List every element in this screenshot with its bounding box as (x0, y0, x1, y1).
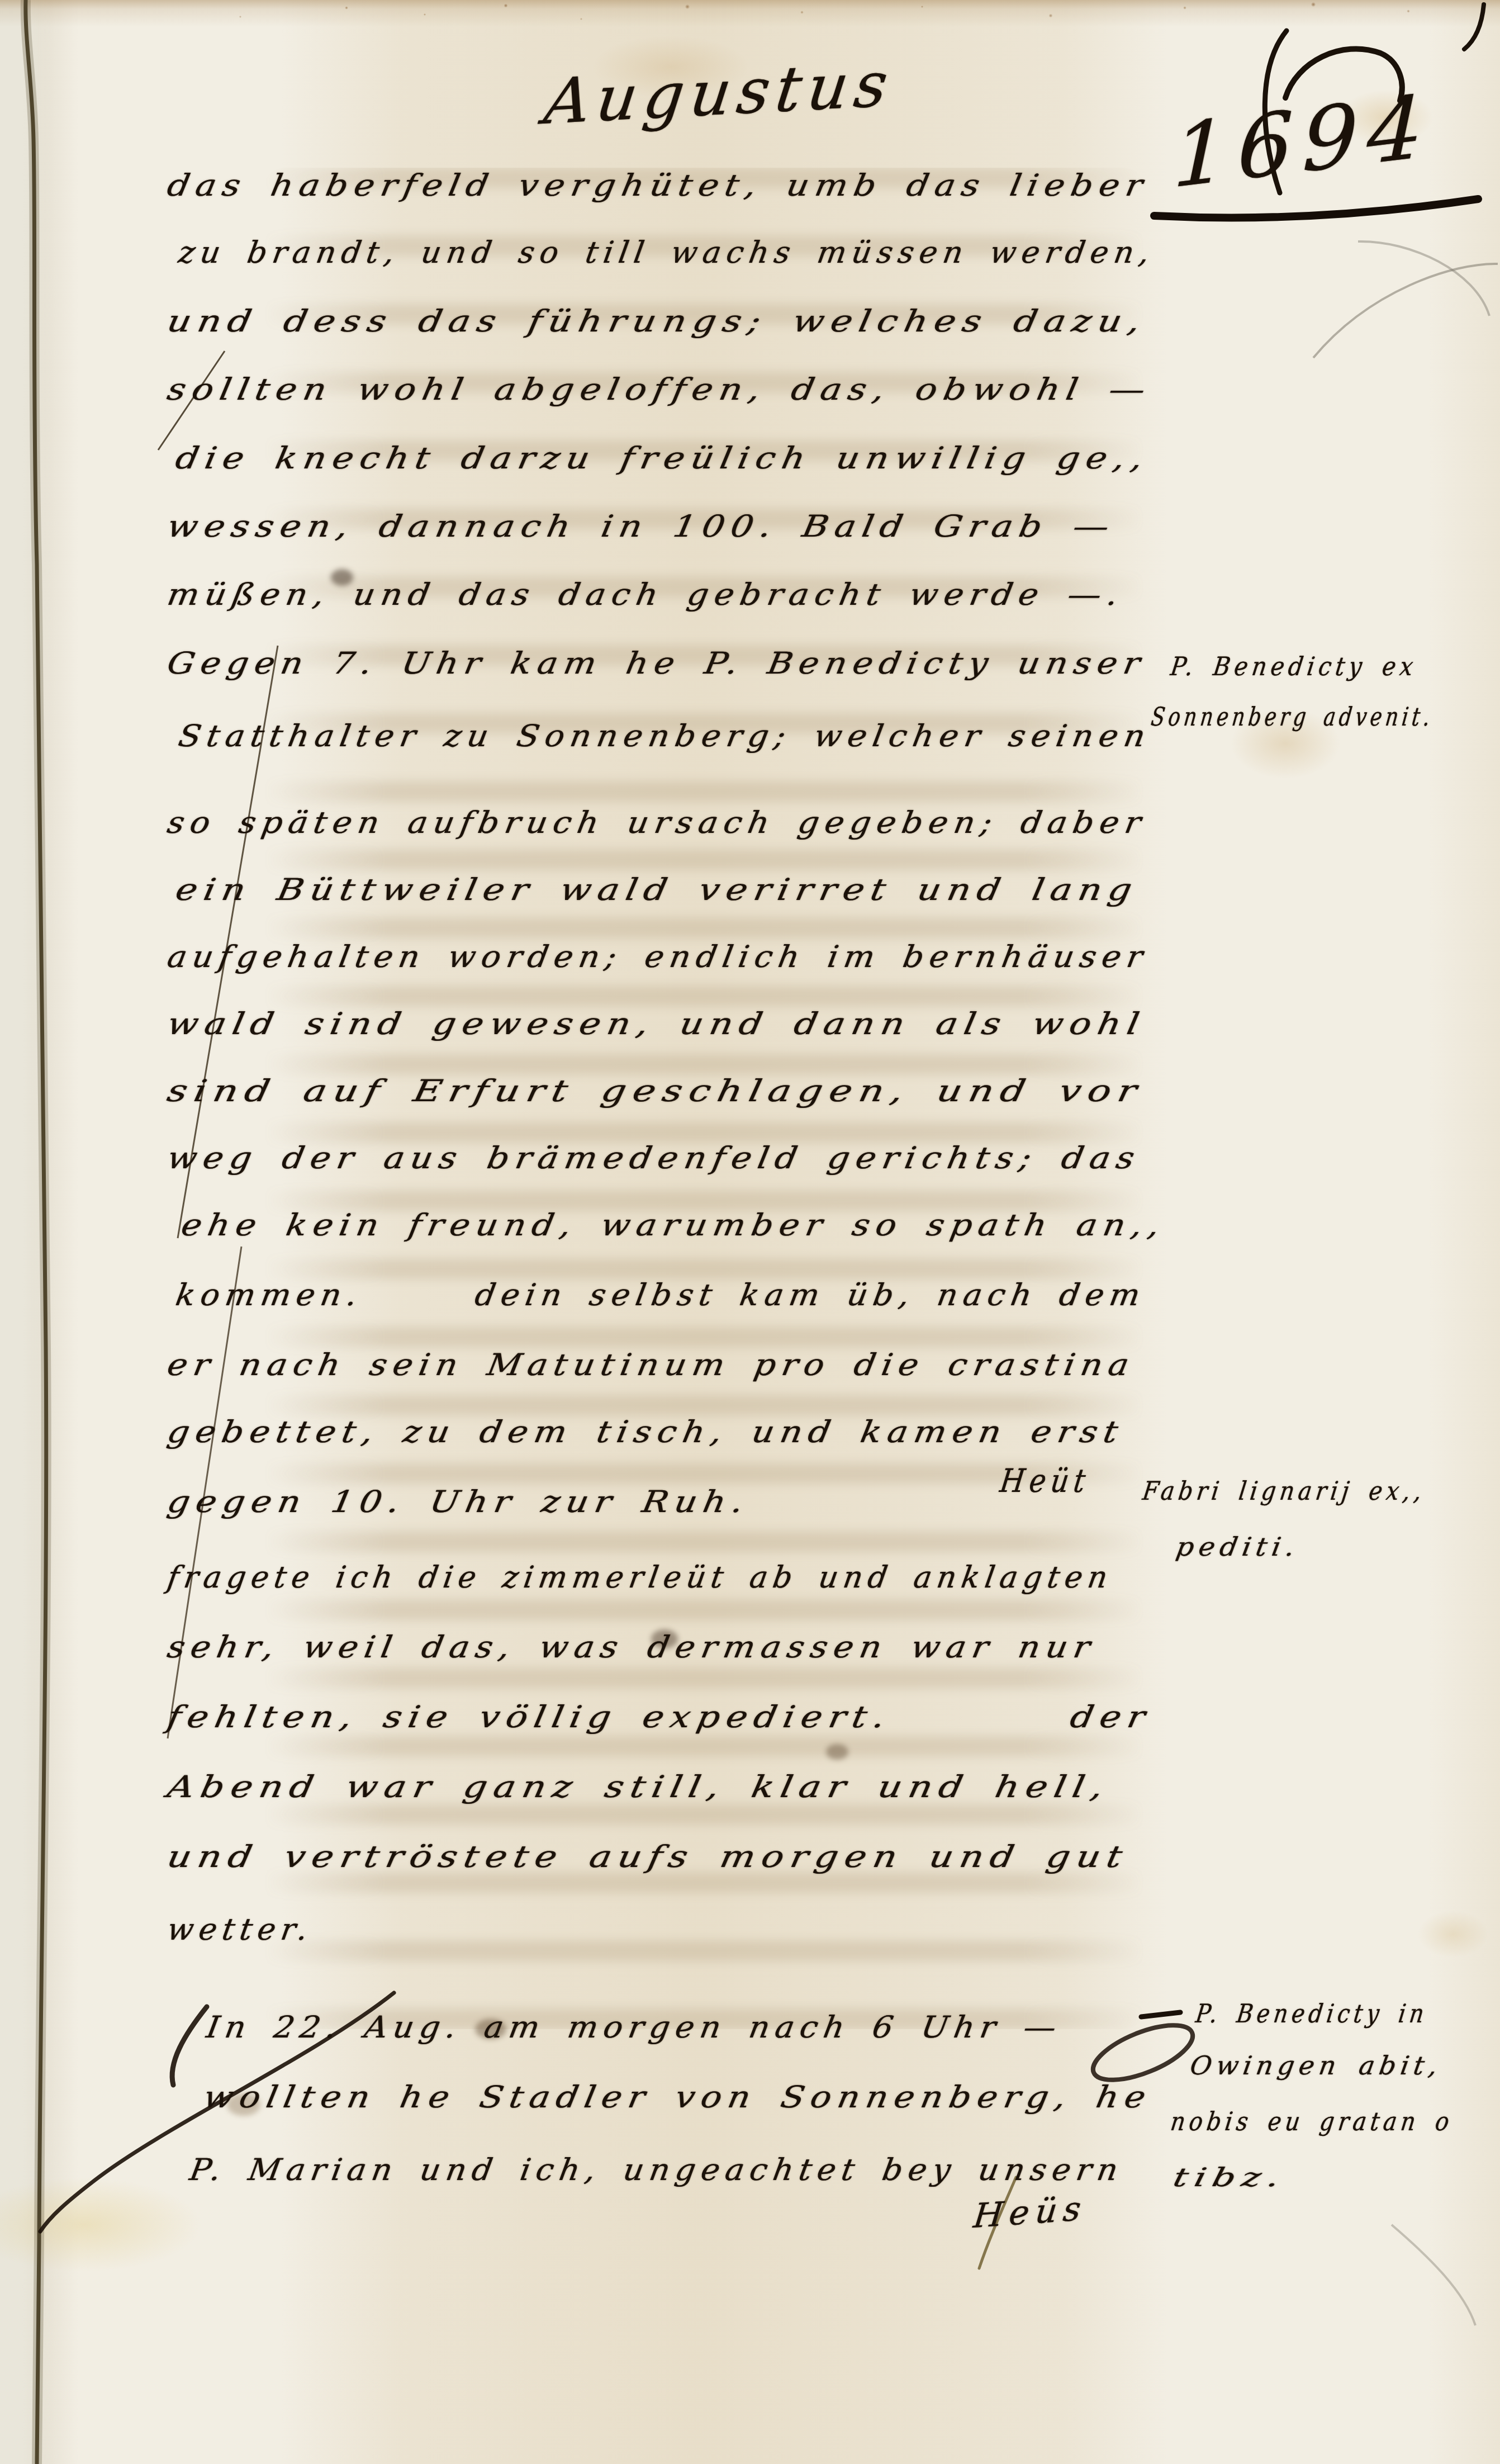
text-line: so späten aufbruch ursach gegeben; daber (165, 805, 1150, 840)
text-line: sehr, weil das, was dermassen war nur (164, 1629, 1099, 1665)
text-line: gebettet, zu dem tisch, und kamen erst (164, 1414, 1127, 1449)
pencil-mark (1392, 2225, 1475, 2325)
text-line: sollten wohl abgeloffen, das, obwohl — (164, 372, 1155, 407)
text-line: und vertröstete aufs morgen und gut (164, 1839, 1132, 1874)
note-benedict-abit: nobis eu gratan o (1169, 2106, 1455, 2136)
text-line: Gegen 7. Uhr kam he P. Benedicty unser (164, 646, 1148, 681)
manuscript-page: Augustus 1694 das haberfeld verghütet, u… (0, 0, 1500, 2464)
year-label: 1694 (1171, 75, 1432, 208)
text-line: und dess das führungs; welches dazu, (164, 304, 1150, 339)
text-line: aufgehalten worden; endlich im bernhäuse… (165, 939, 1151, 974)
note-fabri-lignarii: pediti. (1174, 1532, 1302, 1562)
text-line: sind auf Erfurt geschlagen, und vor (164, 1073, 1147, 1108)
text-line: das haberfeld verghütet, umb das lieber (164, 168, 1151, 203)
page-fold-line (26, 0, 46, 2464)
note-benedict-abit: tibz. (1170, 2162, 1289, 2192)
text-line: ehe kein freund, warumber so spath an,, (178, 1207, 1168, 1243)
text-line: Heüt (998, 1462, 1093, 1500)
text-line: wessen, dannach in 100. Bald Grab — (164, 509, 1118, 544)
foxing-specks (0, 0, 1500, 50)
month-heading: Augustus (540, 48, 898, 139)
pencil-mark (1358, 241, 1489, 316)
text-line: P. Marian und ich, ungeachtet bey unsern (187, 2152, 1126, 2187)
pencil-mark (1313, 264, 1498, 358)
page-fold-line (26, 0, 46, 2464)
note-fabri-lignarii: Fabri lignarij ex,, (1141, 1476, 1427, 1506)
text-line: er nach sein Matutinum pro die crastina (164, 1347, 1137, 1382)
text-line: weg der aus brämedenfeld gerichts; das (164, 1140, 1143, 1176)
note-benedict-abit: P. Benedicty in (1194, 1998, 1430, 2029)
note-benedict-advenit: Sonnenberg advenit. (1150, 702, 1435, 732)
text-line: ein Büttweiler wald verirret und lang (173, 872, 1141, 907)
text-line: wetter. (165, 1912, 316, 1947)
pen-flourish (1141, 2012, 1180, 2017)
text-line: In 22. Aug. am morgen nach 6 Uhr — (204, 2010, 1065, 2045)
ink-smudge (826, 1744, 848, 1760)
note-benedict-abit: Owingen abit, (1188, 2050, 1444, 2081)
text-line: Statthalter zu Sonnenberg; welcher seine… (176, 718, 1154, 754)
catchword: Heüs (971, 2189, 1089, 2236)
text-line: zu brandt, und so till wachs müssen werd… (176, 235, 1157, 270)
text-line: wald sind gewesen, und dann als wohl (164, 1006, 1148, 1041)
pen-flourish (172, 2007, 207, 2085)
text-line: kommen. dein selbst kam üb, nach dem (173, 1277, 1148, 1312)
text-line: Abend war ganz still, klar und hell, (164, 1769, 1113, 1804)
text-line: fehlten, sie völlig expediert. der (164, 1699, 1154, 1735)
text-line: die knecht darzu freülich unwillig ge,, (173, 440, 1152, 476)
note-benedict-advenit: P. Benedicty ex (1169, 651, 1419, 681)
text-line: gegen 10. Uhr zur Ruh. (164, 1484, 752, 1519)
text-line: müßen, und das dach gebracht werde —. (165, 577, 1127, 612)
text-line: wollten he Stadler von Sonnenberg, he (201, 2079, 1154, 2115)
text-line: fragete ich die zimmerleüt ab und anklag… (165, 1560, 1115, 1595)
